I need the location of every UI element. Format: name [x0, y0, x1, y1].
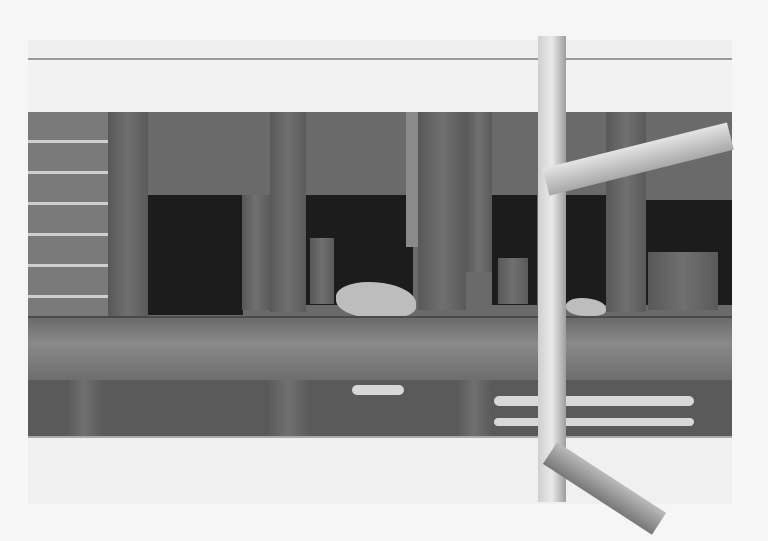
vertical-timber — [606, 112, 646, 312]
vertical-timber — [406, 112, 418, 247]
vertical-timber — [466, 112, 492, 272]
brick-wall-left — [28, 112, 110, 317]
block — [648, 252, 718, 310]
horizontal-beam — [28, 316, 732, 384]
mortar-stain — [352, 385, 404, 395]
vertical-timber — [456, 380, 492, 436]
vertical-timber — [418, 112, 466, 310]
mortar-stain — [494, 396, 694, 406]
vertical-timber — [66, 380, 102, 436]
dark-opening — [566, 195, 608, 305]
vertical-timber — [266, 380, 310, 436]
mortar-stain — [494, 418, 694, 426]
block — [310, 238, 334, 304]
scaffold-pole — [538, 36, 566, 502]
vertical-timber — [270, 112, 306, 312]
vertical-timber — [108, 112, 148, 317]
block — [498, 258, 528, 304]
rubble — [566, 298, 606, 316]
white-fascia-board — [28, 58, 732, 115]
dark-opening — [148, 195, 243, 315]
vertical-timber — [242, 195, 270, 310]
